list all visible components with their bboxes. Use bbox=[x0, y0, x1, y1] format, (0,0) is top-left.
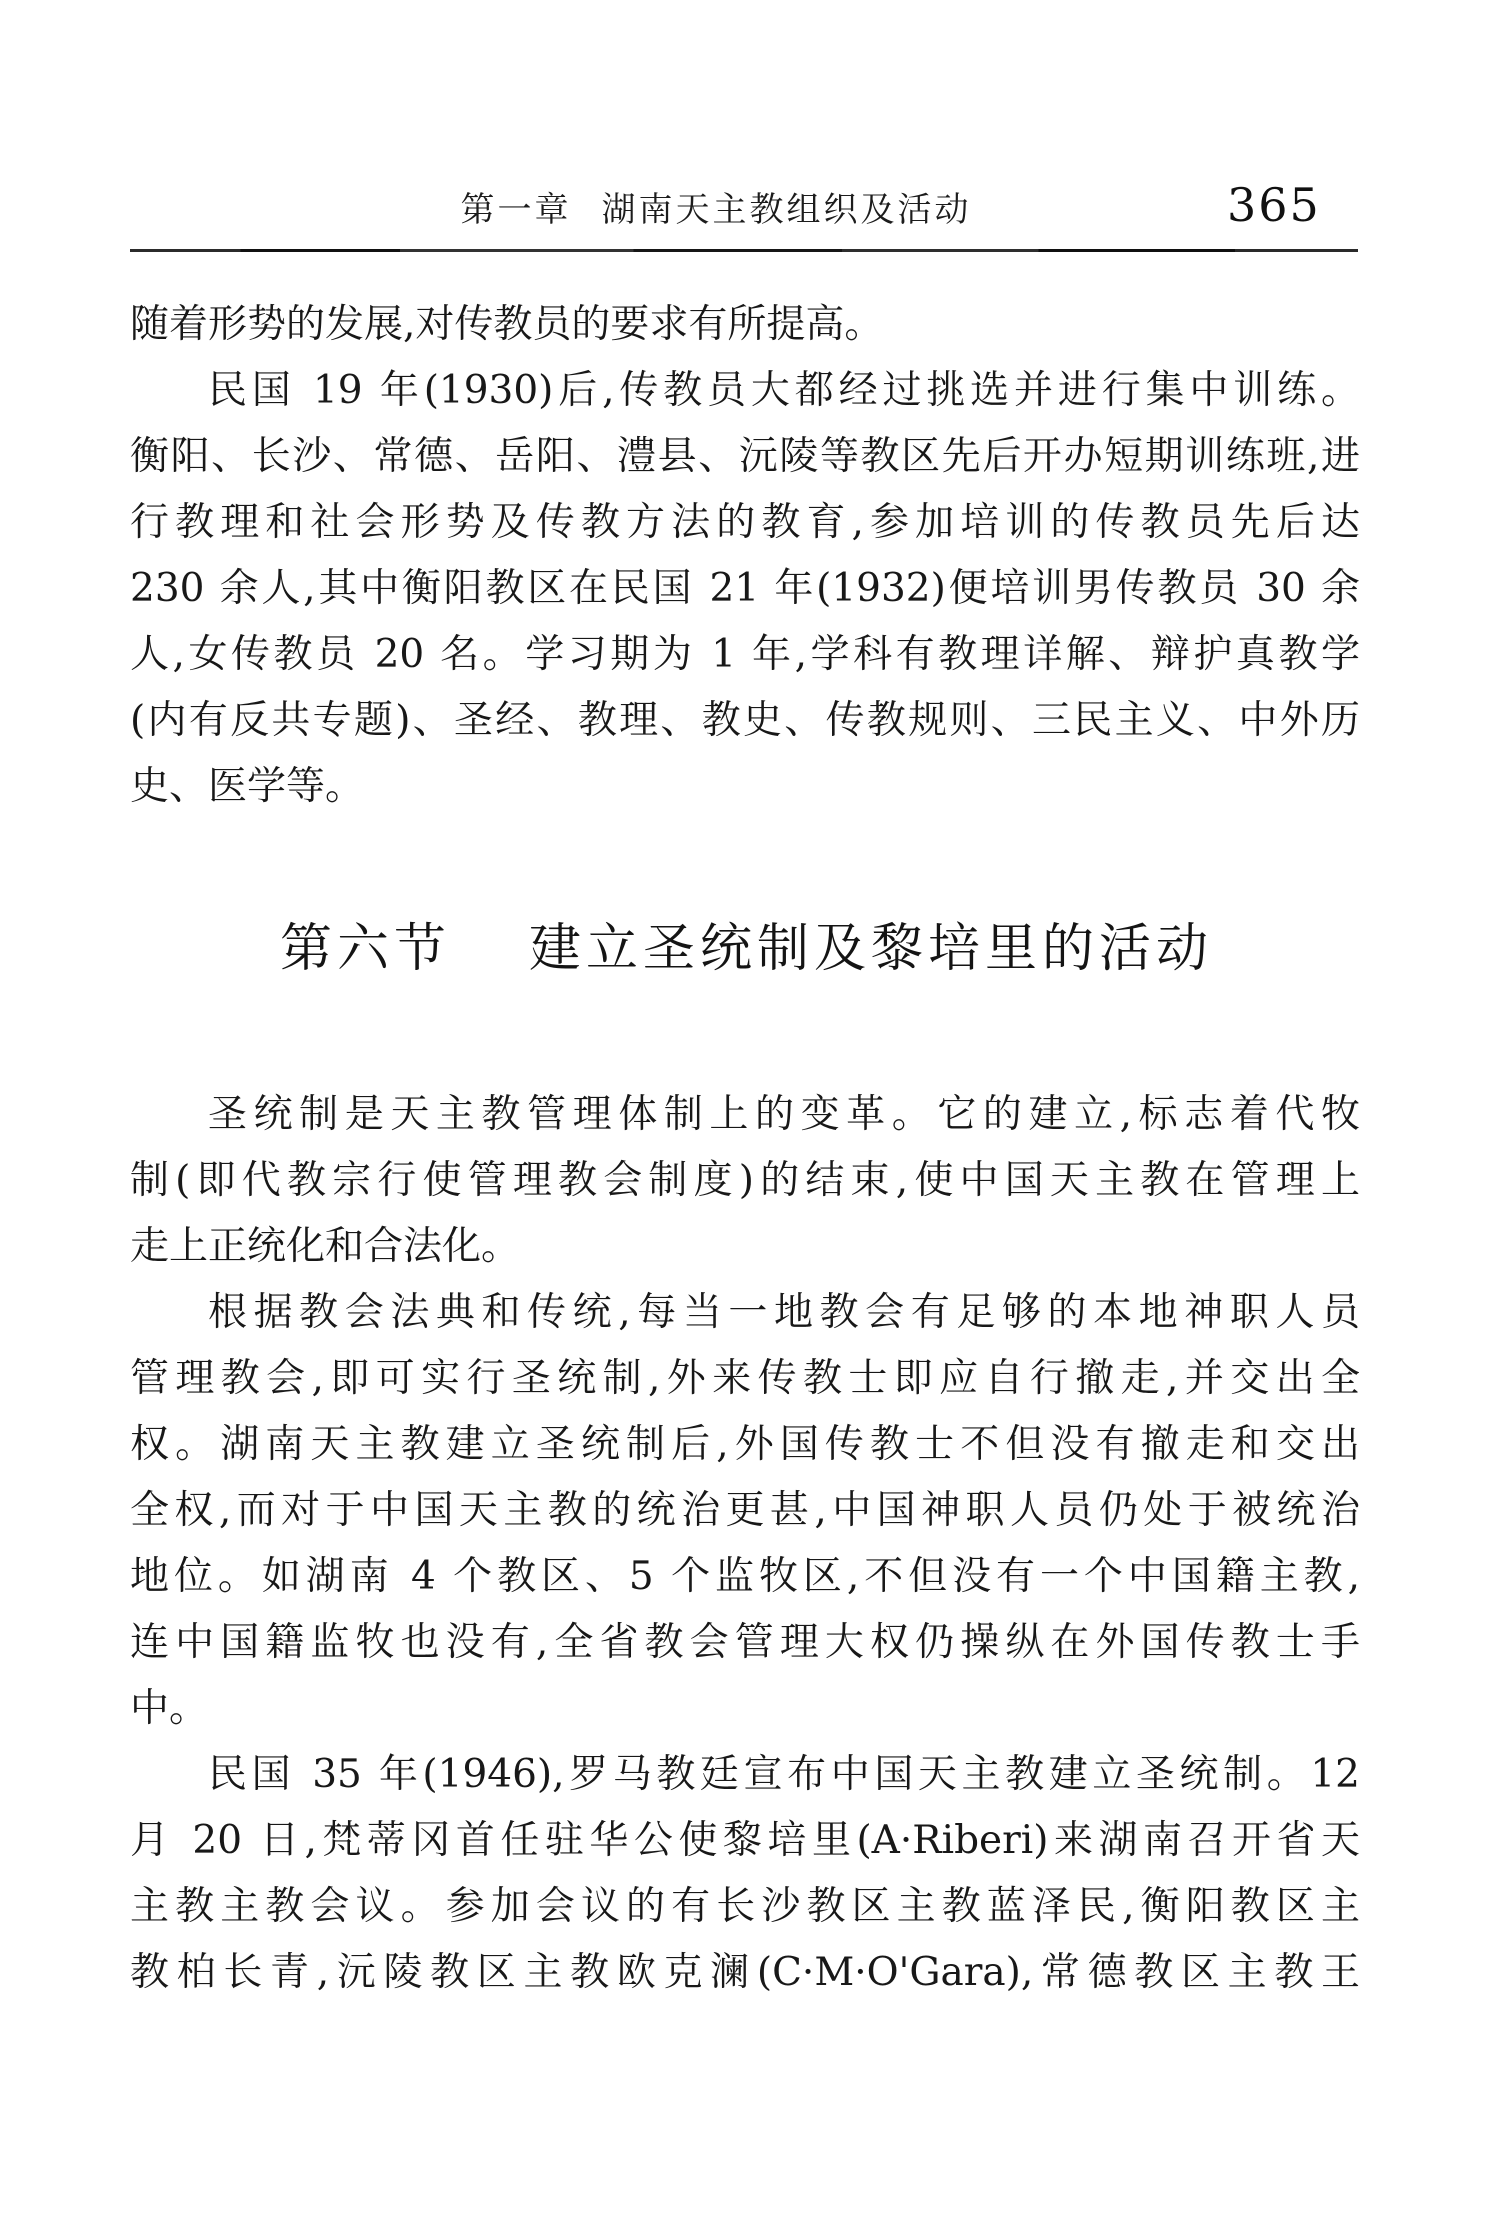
text-line: 连中国籍监牧也没有,全省教会管理大权仍操纵在外国传教士手 bbox=[130, 1610, 1360, 1676]
text-line: 主教主教会议。参加会议的有长沙教区主教蓝泽民,衡阳教区主 bbox=[130, 1874, 1360, 1940]
text-line: 民国 19 年(1930)后,传教员大都经过挑选并进行集中训练。 bbox=[130, 358, 1360, 424]
text-line: 教柏长青,沅陵教区主教欧克澜(C·M·O'Gara),常德教区主教王 bbox=[130, 1940, 1360, 2006]
header-rule bbox=[130, 249, 1358, 252]
body-block-top: 随着形势的发展,对传教员的要求有所提高。 民国 19 年(1930)后,传教员大… bbox=[130, 292, 1360, 820]
section-title: 建立圣统制及黎培里的活动 bbox=[529, 919, 1213, 979]
text-line: 管理教会,即可实行圣统制,外来传教士即应自行撤走,并交出全 bbox=[130, 1346, 1360, 1412]
text-line: 230 余人,其中衡阳教区在民国 21 年(1932)便培训男传教员 30 余 bbox=[130, 556, 1360, 622]
text-line: 制(即代教宗行使管理教会制度)的结束,使中国天主教在管理上 bbox=[130, 1148, 1360, 1214]
text-line: 月 20 日,梵蒂冈首任驻华公使黎培里(A·Riberi)来湖南召开省天 bbox=[130, 1808, 1360, 1874]
section-heading: 第六节建立圣统制及黎培里的活动 bbox=[280, 920, 1213, 980]
text-line: 全权,而对于中国天主教的统治更甚,中国神职人员仍处于被统治 bbox=[130, 1478, 1360, 1544]
text-line: 衡阳、长沙、常德、岳阳、澧县、沅陵等教区先后开办短期训练班,进 bbox=[130, 424, 1360, 490]
text-line: 权。湖南天主教建立圣统制后,外国传教士不但没有撤走和交出 bbox=[130, 1412, 1360, 1478]
chapter-title: 湖南天主教组织及活动 bbox=[602, 190, 972, 230]
text-line: 根据教会法典和传统,每当一地教会有足够的本地神职人员 bbox=[130, 1280, 1360, 1346]
page-number: 365 bbox=[1227, 180, 1321, 231]
text-line: 地位。如湖南 4 个教区、5 个监牧区,不但没有一个中国籍主教, bbox=[130, 1544, 1360, 1610]
text-line: 行教理和社会形势及传教方法的教育,参加培训的传教员先后达 bbox=[130, 490, 1360, 556]
text-line: 圣统制是天主教管理体制上的变革。它的建立,标志着代牧 bbox=[130, 1082, 1360, 1148]
book-page: 第一章湖南天主教组织及活动 365 随着形势的发展,对传教员的要求有所提高。 民… bbox=[0, 0, 1500, 2215]
running-header: 第一章湖南天主教组织及活动 bbox=[461, 188, 972, 232]
text-line: (内有反共专题)、圣经、教理、教史、传教规则、三民主义、中外历 bbox=[130, 688, 1360, 754]
text-line: 随着形势的发展,对传教员的要求有所提高。 bbox=[130, 292, 1360, 358]
text-line: 民国 35 年(1946),罗马教廷宣布中国天主教建立圣统制。12 bbox=[130, 1742, 1360, 1808]
text-line: 中。 bbox=[130, 1676, 1360, 1742]
chapter-label: 第一章 bbox=[461, 190, 572, 230]
body-block-main: 圣统制是天主教管理体制上的变革。它的建立,标志着代牧 制(即代教宗行使管理教会制… bbox=[130, 1082, 1360, 2006]
section-number: 第六节 bbox=[280, 919, 451, 979]
text-line: 人,女传教员 20 名。学习期为 1 年,学科有教理详解、辩护真教学 bbox=[130, 622, 1360, 688]
text-line: 史、医学等。 bbox=[130, 754, 1360, 820]
text-line: 走上正统化和合法化。 bbox=[130, 1214, 1360, 1280]
